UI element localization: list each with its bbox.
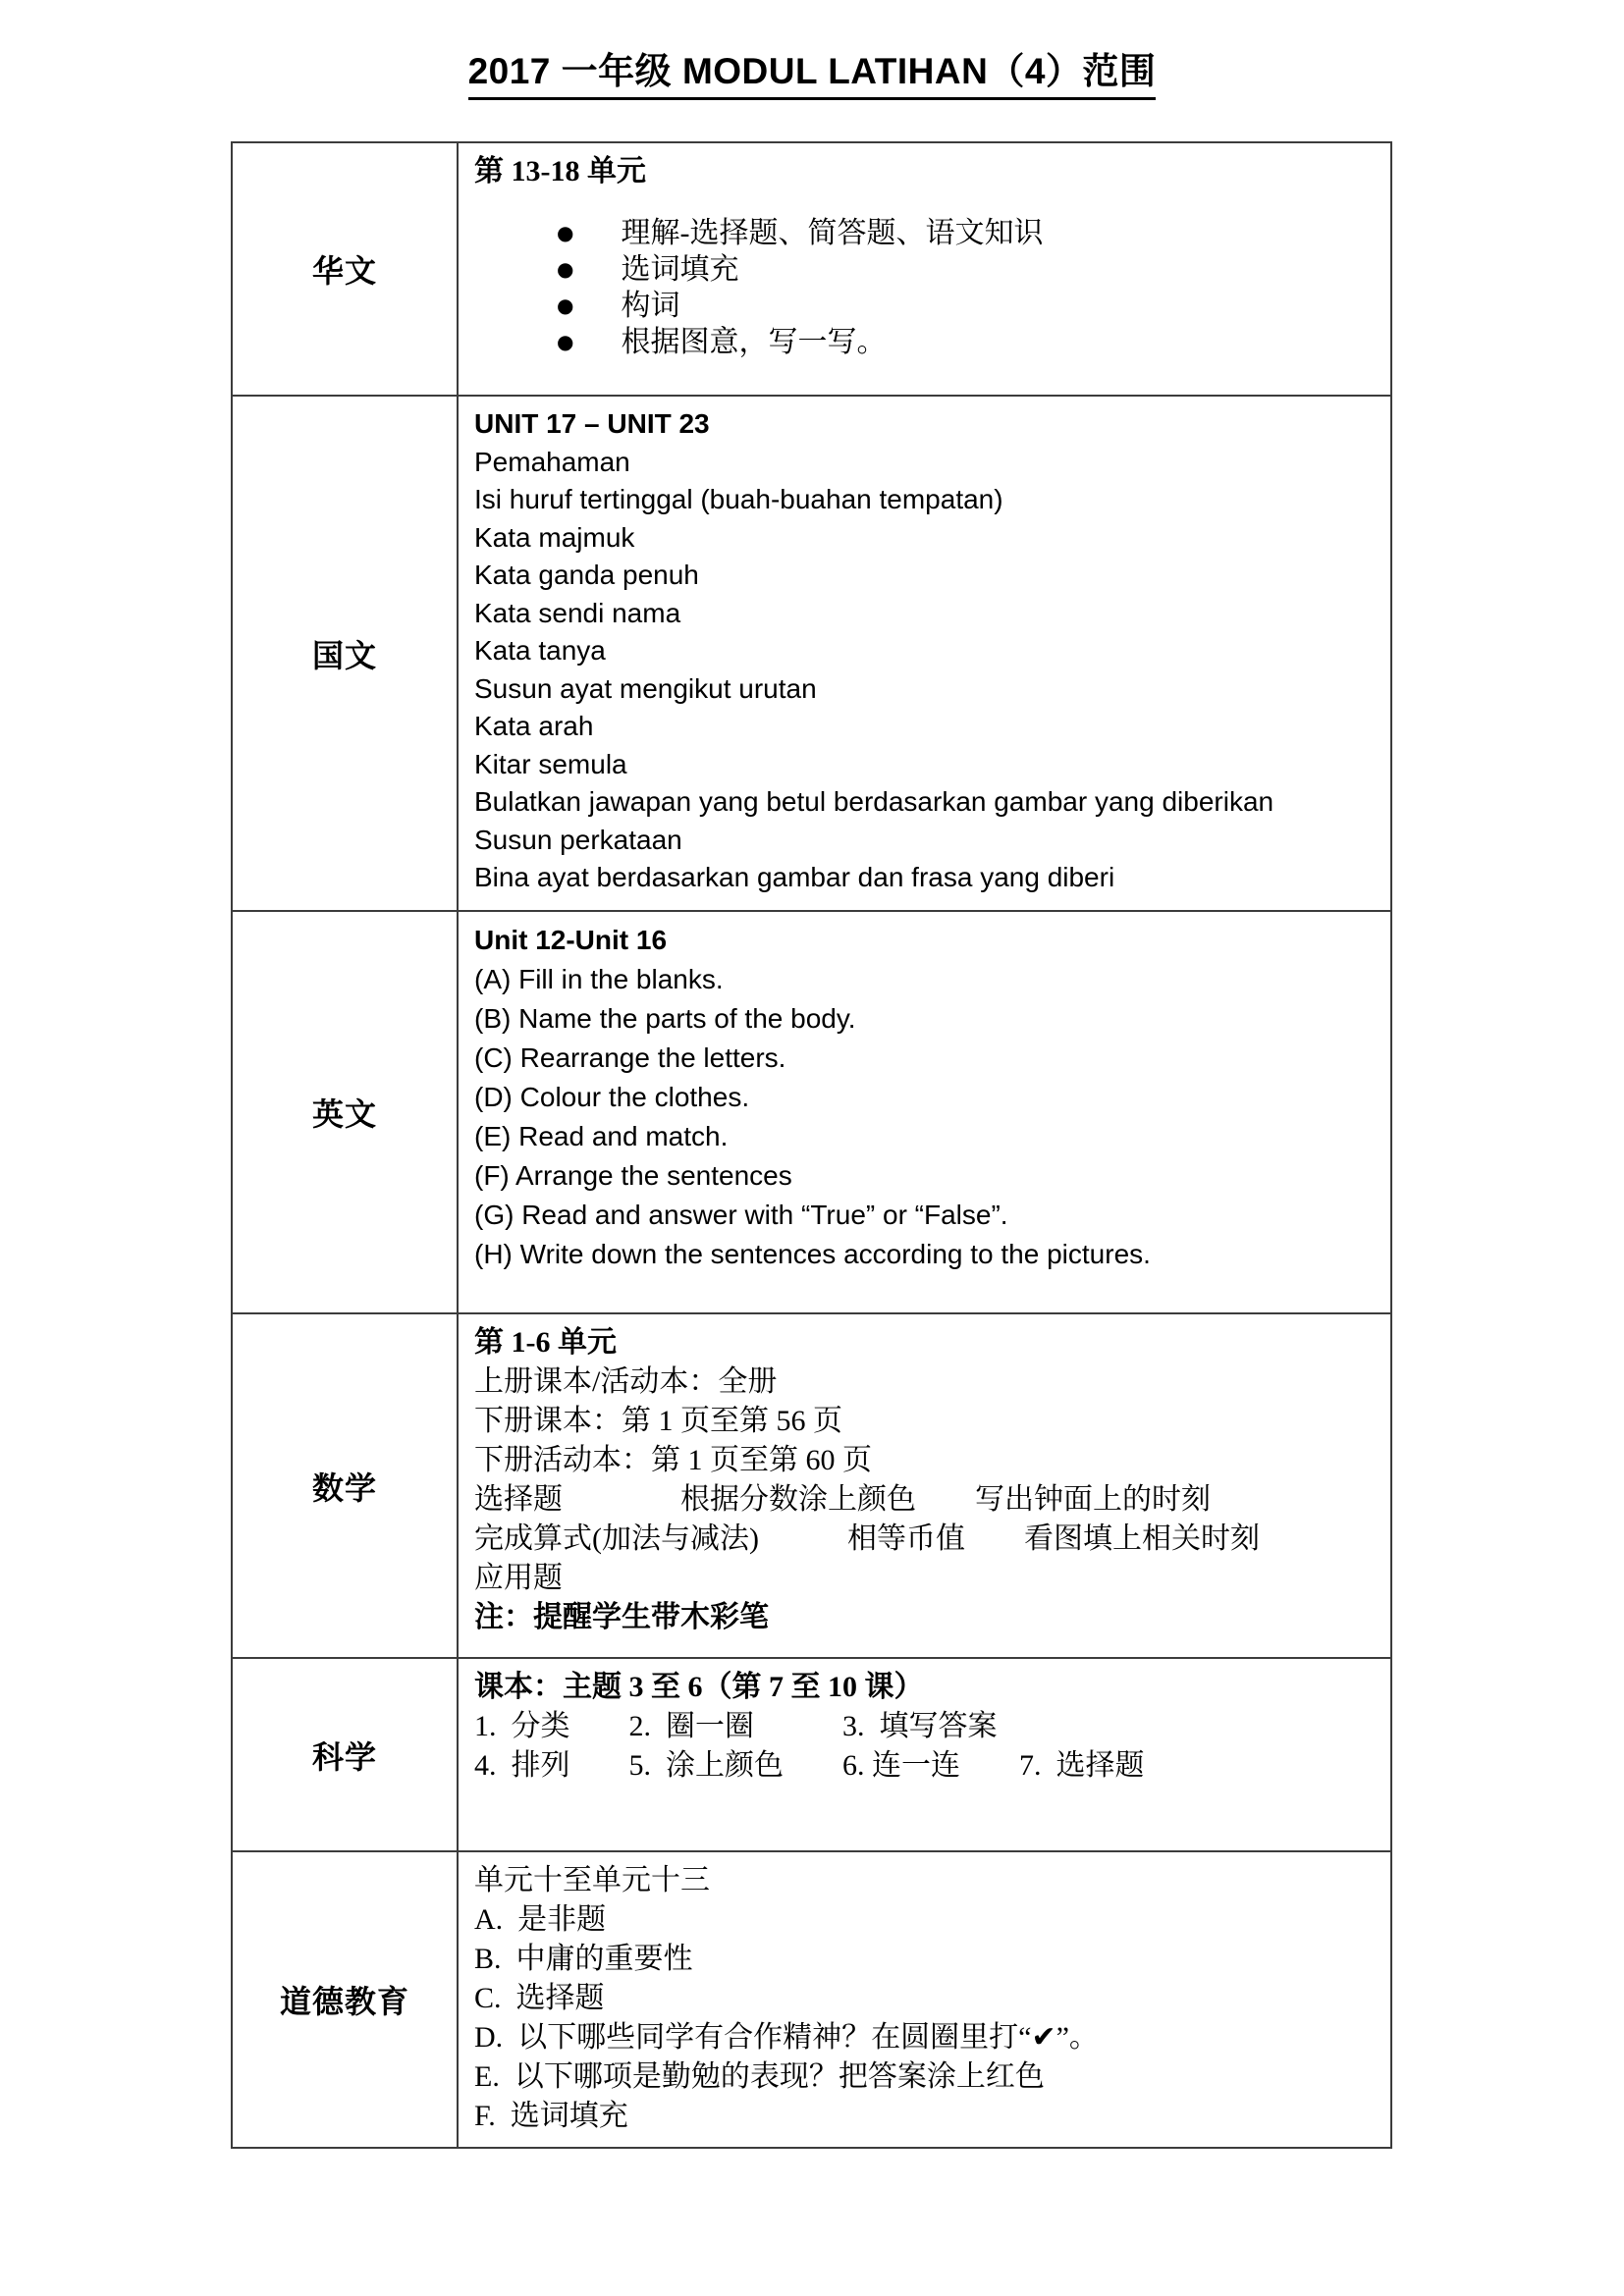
content-line: 应用题 — [474, 1559, 1375, 1598]
table-row: 国文 UNIT 17 – UNIT 23PemahamanIsi huruf t… — [233, 395, 1390, 910]
subject-label: 英文 — [233, 912, 459, 1312]
subject-label: 国文 — [233, 397, 459, 910]
content-line: D. 以下哪些同学有合作精神？在圆圈里打“✔”。 — [474, 2018, 1375, 2057]
content-line: Kata arah — [474, 708, 1375, 746]
bullet-item: 根据图意，写一写。 — [474, 324, 1375, 360]
content-line: 单元十至单元十三 — [474, 1861, 1375, 1900]
content-cell: Unit 12-Unit 16(A) Fill in the blanks.(B… — [459, 912, 1390, 1312]
content-line: (C) Rearrange the letters. — [474, 1039, 1375, 1078]
content-line: 选择题 根据分数涂上颜色 写出钟面上的时刻 — [474, 1480, 1375, 1520]
content-cell: 第 1-6 单元上册课本/活动本：全册下册课本：第 1 页至第 56 页下册活动… — [459, 1314, 1390, 1657]
content-line: (H) Write down the sentences according t… — [474, 1235, 1375, 1274]
content-line: 上册课本/活动本：全册 — [474, 1362, 1375, 1402]
content-line: Susun perkataan — [474, 822, 1375, 860]
content-line: Bulatkan jawapan yang betul berdasarkan … — [474, 783, 1375, 822]
table-row: 英文 Unit 12-Unit 16(A) Fill in the blanks… — [233, 910, 1390, 1312]
content-line: (D) Colour the clothes. — [474, 1078, 1375, 1117]
bullet-item: 理解-选择题、简答题、语文知识 — [474, 215, 1375, 251]
content-line: A. 是非题 — [474, 1900, 1375, 1940]
content-line: 1. 分类 2. 圈一圈 3. 填写答案 — [474, 1707, 1375, 1746]
content-line: Bina ayat berdasarkan gambar dan frasa y… — [474, 859, 1375, 897]
content-line: 第 13-18 单元 — [474, 152, 1375, 191]
page-title: 2017 一年级 MODUL LATIHAN（4）范围 — [468, 41, 1157, 100]
content-line: Kata sendi nama — [474, 595, 1375, 633]
content-line: Kata majmuk — [474, 519, 1375, 558]
bullet-item: 选词填充 — [474, 251, 1375, 288]
content-line: 第 1-6 单元 — [474, 1323, 1375, 1362]
content-line: 注：提醒学生带木彩笔 — [474, 1598, 1375, 1637]
table-row: 数学 第 1-6 单元上册课本/活动本：全册下册课本：第 1 页至第 56 页下… — [233, 1312, 1390, 1657]
content-line: Isi huruf tertinggal (buah-buahan tempat… — [474, 481, 1375, 519]
content-line: E. 以下哪项是勤勉的表现？把答案涂上红色 — [474, 2057, 1375, 2097]
content-line: Kata tanya — [474, 632, 1375, 670]
content-line: 4. 排列 5. 涂上颜色 6. 连一连 7. 选择题 — [474, 1746, 1375, 1786]
subject-label: 华文 — [233, 143, 459, 395]
content-line: Susun ayat mengikut urutan — [474, 670, 1375, 709]
table-row: 道德教育 单元十至单元十三A. 是非题B. 中庸的重要性C. 选择题D. 以下哪… — [233, 1850, 1390, 2147]
content-line: 课本：主题 3 至 6（第 7 至 10 课） — [474, 1668, 1375, 1707]
exam-scope-table: 华文 第 13-18 单元理解-选择题、简答题、语文知识选词填充构词根据图意，写… — [231, 141, 1392, 2149]
content-line: (G) Read and answer with “True” or “Fals… — [474, 1196, 1375, 1235]
subject-label: 科学 — [233, 1659, 459, 1850]
content-line: F. 选词填充 — [474, 2097, 1375, 2136]
content-cell: 单元十至单元十三A. 是非题B. 中庸的重要性C. 选择题D. 以下哪些同学有合… — [459, 1852, 1390, 2147]
bullet-item: 构词 — [474, 288, 1375, 324]
content-line: 下册活动本：第 1 页至第 60 页 — [474, 1441, 1375, 1480]
content-cell: UNIT 17 – UNIT 23PemahamanIsi huruf tert… — [459, 397, 1390, 910]
content-line: 下册课本：第 1 页至第 56 页 — [474, 1402, 1375, 1441]
content-line: UNIT 17 – UNIT 23 — [474, 405, 1375, 444]
content-line: (A) Fill in the blanks. — [474, 960, 1375, 999]
content-line: Kata ganda penuh — [474, 557, 1375, 595]
content-cell: 课本：主题 3 至 6（第 7 至 10 课）1. 分类 2. 圈一圈 3. 填… — [459, 1659, 1390, 1850]
content-line: Unit 12-Unit 16 — [474, 921, 1375, 960]
table-row: 华文 第 13-18 单元理解-选择题、简答题、语文知识选词填充构词根据图意，写… — [233, 143, 1390, 395]
title-container: 2017 一年级 MODUL LATIHAN（4）范围 — [0, 41, 1624, 100]
content-cell: 第 13-18 单元理解-选择题、简答题、语文知识选词填充构词根据图意，写一写。 — [459, 143, 1390, 395]
content-line: Pemahaman — [474, 444, 1375, 482]
content-line: (B) Name the parts of the body. — [474, 999, 1375, 1039]
content-line: 完成算式(加法与减法) 相等币值 看图填上相关时刻 — [474, 1520, 1375, 1559]
content-line: B. 中庸的重要性 — [474, 1940, 1375, 1979]
subject-label: 道德教育 — [233, 1852, 459, 2147]
content-line: (F) Arrange the sentences — [474, 1156, 1375, 1196]
subject-label: 数学 — [233, 1314, 459, 1657]
table-row: 科学 课本：主题 3 至 6（第 7 至 10 课）1. 分类 2. 圈一圈 3… — [233, 1657, 1390, 1850]
content-line: (E) Read and match. — [474, 1117, 1375, 1156]
content-line: C. 选择题 — [474, 1979, 1375, 2018]
content-line: Kitar semula — [474, 746, 1375, 784]
